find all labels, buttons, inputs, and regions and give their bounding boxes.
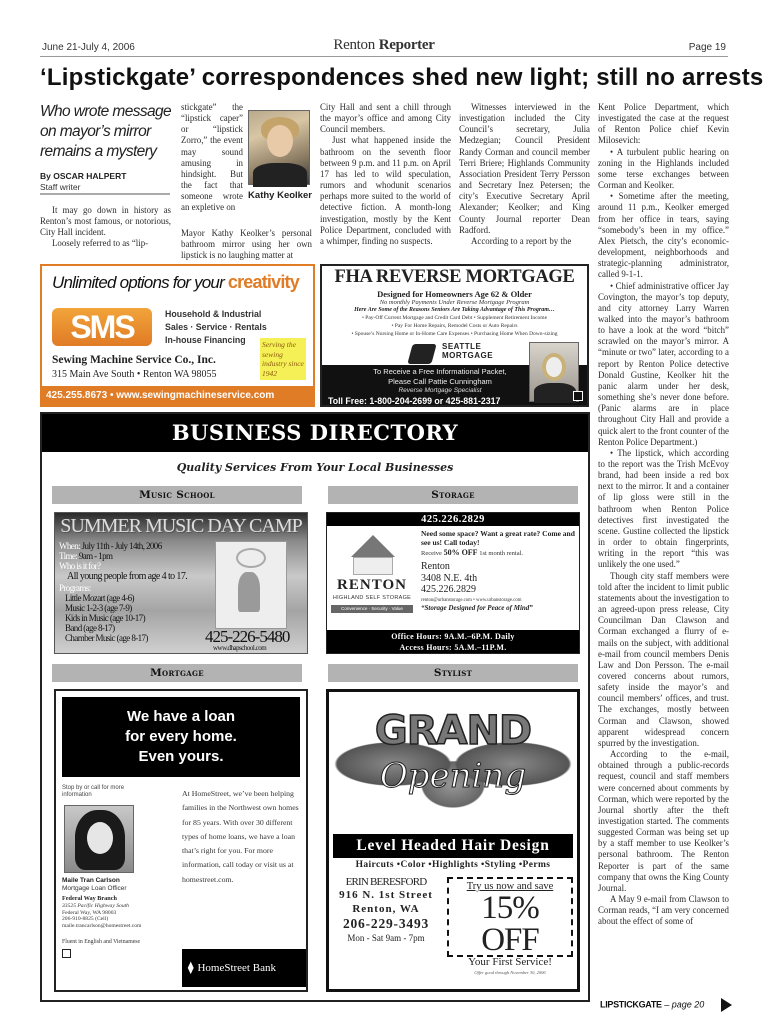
grand-opening-graphic: GRAND Opening [333, 696, 573, 832]
header-rule [40, 56, 728, 57]
coupon-bottom: Your First Service! [449, 956, 571, 968]
salon-name: Level Headed Hair Design [333, 834, 573, 858]
cta-line: Reverse Mortgage Specialist [350, 387, 530, 394]
paragraph: According to the e-mail, obtained throug… [598, 749, 729, 894]
storage-logo: RENTON HIGHLAND SELF STORAGE Convenience… [331, 535, 413, 617]
officer-name: Maile Tran Carlson [62, 877, 120, 884]
value: 9am - 1pm [79, 551, 113, 561]
homestreet-logo: ⧫HomeStreet Bank [182, 949, 306, 987]
byline: By OSCAR HALPERT [40, 171, 126, 181]
ad-summer-music-camp[interactable]: SUMMER MUSIC DAY CAMP When: July 11th - … [54, 512, 308, 654]
branch-address: 33525 Pacific Highway South [62, 903, 182, 910]
program-item: Little Mozart (age 4-6) [65, 593, 134, 603]
paragraph: A May 9 e-mail from Clawson to Corman re… [598, 894, 729, 927]
photo-maile-tran-carlson [64, 805, 134, 873]
storage-contact[interactable]: renton@urbanstorage.com • www.urbanstora… [421, 598, 579, 603]
headline-line: for every home. [62, 727, 300, 747]
paragraph: According to a report by the [459, 236, 590, 247]
continued-link[interactable]: LIPSTICKGATE – page 20 [600, 998, 732, 1012]
cta-line: To Receive a Free Informational Packet, [350, 367, 530, 376]
headline-line: Even yours. [62, 747, 300, 767]
paragraph: Just what happened inside the bathroom o… [320, 135, 451, 247]
service-line: Sales · Service · Rentals [165, 321, 267, 334]
photo-pattie-cunningham [529, 342, 579, 402]
program-item: Band (age 8-17) [65, 623, 114, 633]
opening-text: Opening [333, 756, 573, 796]
paragraph: Mayor Kathy Keolker’s personal bathroom … [181, 228, 312, 261]
tagline-text: Unlimited options for your [52, 273, 228, 292]
roof-icon [351, 535, 395, 557]
logo-line: MORTGAGE [442, 351, 493, 360]
branch-name: Federal Way Branch [62, 896, 182, 903]
ad-note: No monthly Payments Under Reverse Mortga… [322, 299, 587, 306]
address-line: 425.226.2829 [421, 584, 579, 596]
masthead: Renton Reporter [0, 37, 768, 54]
paragraph: City Hall and sent a chill through the m… [320, 102, 451, 135]
bank-name: HomeStreet Bank [197, 962, 276, 974]
offer-bold: 50% OFF [444, 548, 478, 557]
seattle-mortgage-logo: SEATTLEMORTGAGE [410, 342, 520, 366]
service-line: In-house Financing [165, 334, 267, 347]
ad-title: FHA REVERSE MORTGAGE [322, 267, 587, 288]
ad-reasons-head: Here Are Some of the Reasons Seniors Are… [322, 307, 587, 313]
ad-bullet: • Spouse’s Nursing Home or In-Home Care … [322, 331, 587, 337]
garage-door-icon [353, 557, 393, 575]
offer-pre: Receive [421, 550, 444, 557]
storage-info: Need some space? Want a great rate? Come… [421, 529, 579, 612]
headline-line: We have a loan [62, 707, 300, 727]
deck: Who wrote message on mayor’s mirror rema… [40, 102, 172, 162]
directory-subtitle: Quality Services From Your Local Busines… [42, 461, 588, 474]
camp-programs-label: Programs: [59, 583, 91, 593]
cta-line: Please Call Pattie Cunningham [350, 377, 530, 386]
ad-services: Household & Industrial Sales · Service ·… [165, 308, 267, 347]
salon-phone[interactable]: 206-229-3493 [335, 916, 437, 932]
coupon-discount: 15% OFF [449, 892, 571, 956]
languages: Fluent in English and Vietnamese [62, 939, 140, 945]
article-column-2-top: stickgate” the “lipstick caper” or “lips… [181, 102, 243, 214]
continued-page: – page 20 [664, 999, 704, 1009]
ad-renton-highland-storage[interactable]: 425.226.2829 RENTON HIGHLAND SELF STORAG… [326, 512, 580, 654]
logo-tag: Convenience · Security · Value [331, 605, 413, 613]
stop-by-text: Stop by or call for more information [62, 785, 142, 799]
salon-services: Haircuts •Color •Highlights •Styling •Pe… [329, 860, 577, 870]
article-column-2-bottom: Mayor Kathy Keolker’s personal bathroom … [181, 228, 312, 261]
category-stylist: Stylist [328, 664, 578, 682]
company-address: 315 Main Ave South • Renton WA 98055 [52, 369, 217, 380]
article-column-1: It may go down in history as Renton’s mo… [40, 205, 171, 250]
storage-slogan: “Storage Designed for Peace of Mind” [421, 604, 579, 612]
branch-phone[interactable]: 206-910-8825 (Cell) [62, 916, 182, 923]
since-badge: Serving the sewing industry since 1942 [260, 338, 306, 380]
storage-headline: Need some space? Want a great rate? Come… [421, 529, 579, 547]
salon-hours: Mon - Sat 9am - 7pm [335, 933, 437, 943]
program-item: Kids in Music (age 10-17) [65, 613, 145, 623]
paragraph: Kent Police Department, which investigat… [598, 102, 729, 147]
camp-who: All young people from age 4 to 17. [67, 572, 187, 582]
program-item: Music 1-2-3 (age 7-9) [65, 603, 132, 613]
access-hours: Access Hours: 5A.M.–11P.M. [327, 642, 579, 653]
homestreet-body: At HomeStreet, we’ve been helping famili… [182, 787, 302, 887]
cta-panel: To Receive a Free Informational Packet, … [322, 365, 532, 407]
homestreet-icon: ⧫ [188, 949, 193, 987]
photo-kathy-keolker [248, 110, 310, 185]
paragraph: Though city staff members were told afte… [598, 571, 729, 750]
sms-logo: SMS [52, 308, 152, 346]
ad-sewing-machine-service[interactable]: Unlimited options for your creativity SM… [40, 264, 315, 407]
camp-when: When: July 11th - July 14th, 2006 [59, 541, 162, 551]
branch-email[interactable]: maile.trancarlson@homestreet.com [62, 923, 182, 930]
paragraph: Witnesses interviewed in the investigati… [459, 102, 590, 236]
storage-phone-top[interactable]: 425.226.2829 [327, 513, 579, 526]
storage-hours: Office Hours: 9A.M.–6P.M. Daily Access H… [327, 630, 579, 653]
address-line: Renton [421, 561, 579, 573]
paragraph: • Chief administrative officer Jay Covin… [598, 281, 729, 448]
label: Time: [59, 551, 79, 561]
paragraph: It may go down in history as Renton’s mo… [40, 205, 171, 238]
category-mortgage: Mortgage [52, 664, 302, 682]
grand-text: GRAND [333, 708, 573, 754]
category-music-school: Music School [52, 486, 302, 504]
article-column-5: Kent Police Department, which investigat… [598, 102, 729, 928]
continued-label: LIPSTICKGATE [600, 999, 662, 1009]
salon-street: 916 N. 1st Street [335, 888, 437, 902]
stylist-name: ERIN BERESFORD [335, 876, 437, 888]
camp-website[interactable]: www.dhapschool.com [213, 644, 266, 652]
category-storage: Storage [328, 486, 578, 504]
paragraph: • Sometime after the meeting, around 11 … [598, 191, 729, 280]
salon-city: Renton, WA [335, 902, 437, 916]
business-directory: BUSINESS DIRECTORY Quality Services From… [40, 412, 590, 1002]
photo-caption: Kathy Keolker [246, 190, 314, 201]
branch-info: Federal Way Branch 33525 Pacific Highway… [62, 896, 182, 930]
service-line: Household & Industrial [165, 308, 267, 321]
camp-time: Time: 9am - 1pm [59, 551, 112, 561]
paragraph: stickgate” the “lipstick caper” or “lips… [181, 102, 243, 214]
arrow-right-icon [721, 998, 732, 1012]
paragraph: • A turbulent public hearing on zoning i… [598, 147, 729, 192]
ad-fha-reverse-mortgage[interactable]: FHA REVERSE MORTGAGE Designed for Homeow… [320, 264, 589, 407]
address-line: 3408 N.E. 4th [421, 573, 579, 585]
logo-sub: HIGHLAND SELF STORAGE [331, 595, 413, 601]
cube-icon [407, 344, 436, 364]
ad-subtitle: Designed for Homeowners Age 62 & Older [322, 289, 587, 299]
article-column-3: City Hall and sent a chill through the m… [320, 102, 451, 247]
ad-bullet: • Pay-Off Current Mortgage and Credit Ca… [322, 315, 587, 321]
byline-rule [40, 193, 170, 195]
value: July 11th - July 14th, 2006 [82, 541, 162, 551]
dancer-illustration [215, 541, 287, 629]
article-column-4: Witnesses interviewed in the investigati… [459, 102, 590, 247]
ad-homestreet-bank[interactable]: We have a loan for every home. Even your… [54, 689, 308, 992]
ad-tagline: Unlimited options for your creativity [52, 272, 299, 293]
offer-post: 1st month rental. [478, 550, 524, 557]
storage-offer: Receive 50% OFF 1st month rental. [421, 548, 579, 557]
salon-contact: ERIN BERESFORD 916 N. 1st Street Renton,… [335, 876, 437, 943]
equal-housing-icon [573, 391, 583, 401]
tagline-highlight: creativity [228, 272, 299, 292]
ad-level-headed-hair-design[interactable]: GRAND Opening Level Headed Hair Design H… [326, 689, 580, 992]
office-hours: Office Hours: 9A.M.–6P.M. Daily [327, 631, 579, 642]
masthead-light: Renton [333, 37, 375, 53]
coupon[interactable]: Try us now and save 15% OFF Your First S… [447, 877, 573, 957]
byline-title: Staff writer [40, 182, 80, 192]
page-number: Page 19 [689, 42, 726, 53]
officer-title: Mortgage Loan Officer [62, 885, 127, 892]
masthead-bold: Reporter [379, 37, 435, 53]
company-name: Sewing Machine Service Co., Inc. [52, 354, 216, 366]
paragraph: Loosely referred to as “lip- [40, 238, 171, 249]
coupon-fine-print: Offer good through November 30, 2006 [449, 970, 571, 975]
storage-address: Renton 3408 N.E. 4th 425.226.2829 [421, 561, 579, 596]
logo-line: SEATTLE [442, 342, 493, 351]
program-item: Chamber Music (age 8-17) [65, 633, 148, 643]
camp-who-label: Who is it for? [59, 561, 100, 571]
equal-housing-icon [62, 949, 71, 958]
directory-title: BUSINESS DIRECTORY [42, 414, 588, 452]
homestreet-headline: We have a loan for every home. Even your… [62, 697, 300, 777]
logo-name: RENTON [331, 577, 413, 594]
label: When: [59, 541, 82, 551]
ad-bullet: • Pay For Home Repairs, Remodel Costs or… [322, 323, 587, 329]
camp-title: SUMMER MUSIC DAY CAMP [55, 515, 307, 538]
paragraph: • The lipstick, which according to the r… [598, 448, 729, 571]
contact-bar[interactable]: 425.255.8673 • www.sewingmachineservice.… [42, 386, 313, 405]
headline: ‘Lipstickgate’ correspondences shed new … [40, 64, 730, 92]
